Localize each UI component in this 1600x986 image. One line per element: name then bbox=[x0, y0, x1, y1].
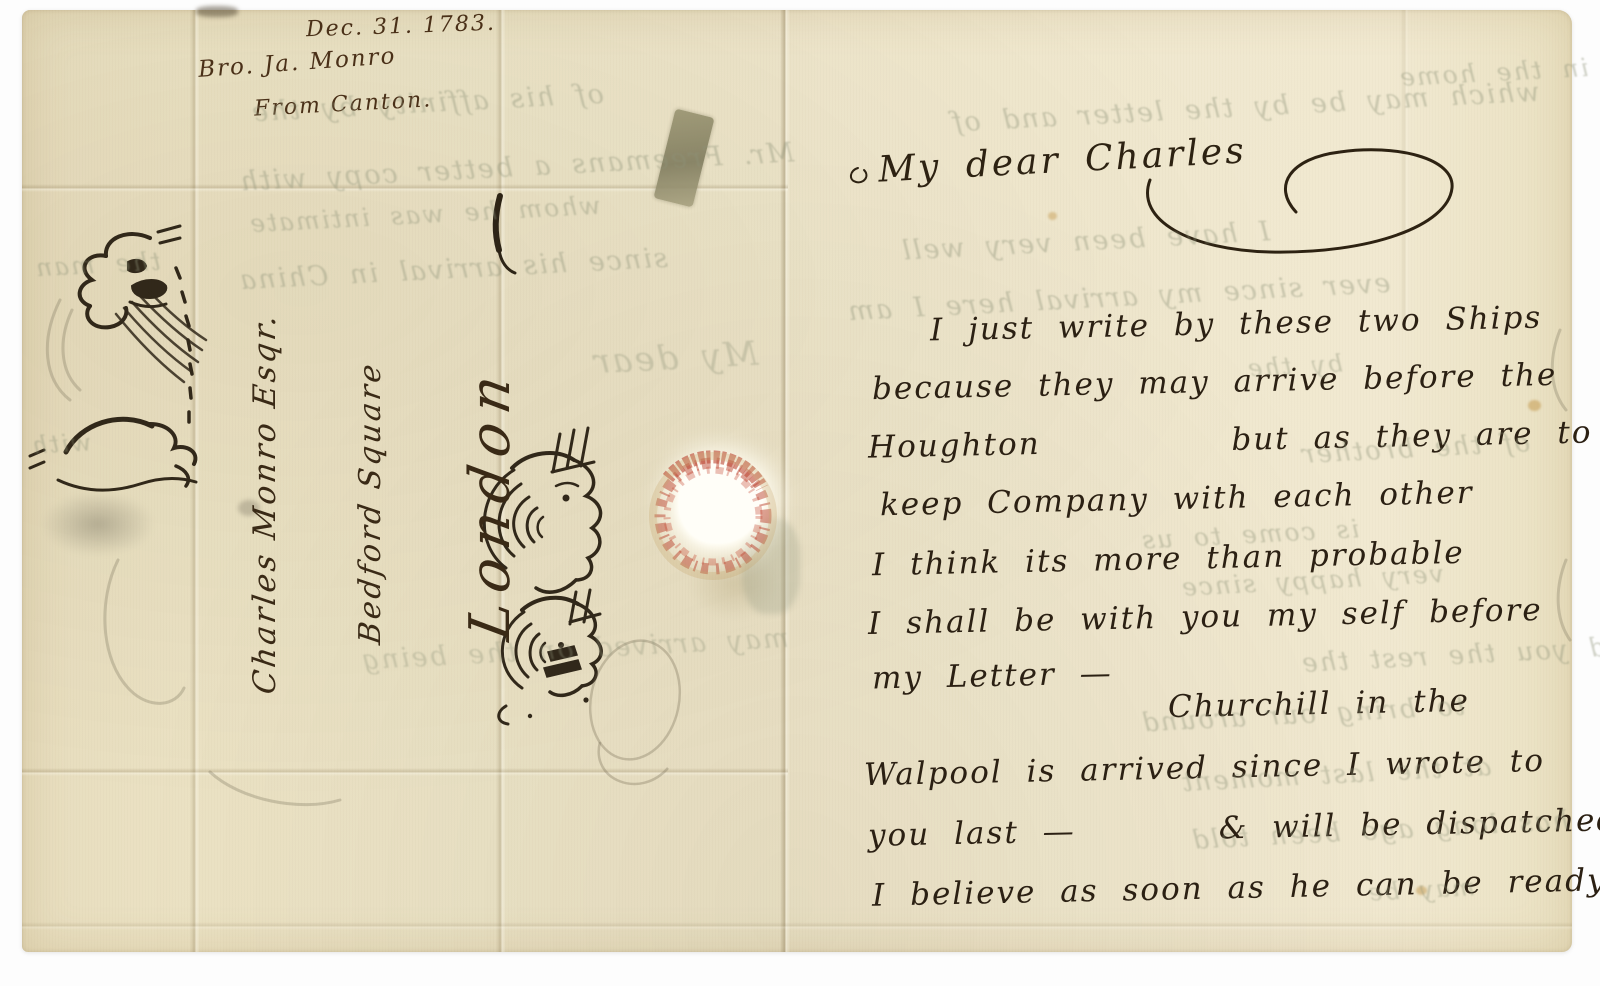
address-line-street: Bedford Square bbox=[353, 359, 388, 646]
ghost-line: may be bbox=[1365, 873, 1475, 907]
address-line-name: Charles Monro Esqr. bbox=[247, 310, 283, 696]
ghost-line: by the bbox=[1245, 349, 1343, 382]
fold-crease-horizontal-bottom bbox=[22, 922, 1572, 930]
gray-stain-large bbox=[42, 492, 154, 556]
ghost-line: with bbox=[29, 428, 92, 459]
fold-crease-vertical-faint bbox=[1400, 10, 1410, 330]
foxing-spot-3 bbox=[1048, 212, 1057, 220]
foxing-spot-1 bbox=[1528, 400, 1541, 411]
repair-tissue-patch bbox=[742, 518, 800, 614]
letter-scan: Dec. 31. 1783. Bro. Ja. Monro From Canto… bbox=[0, 0, 1600, 986]
fold-crease-horizontal-2 bbox=[22, 768, 788, 776]
address-line-city: London bbox=[458, 361, 523, 645]
letter-line: my Letter — bbox=[872, 655, 1113, 696]
top-edge-smudge bbox=[196, 6, 238, 17]
fold-crease-vertical-1 bbox=[190, 10, 200, 952]
